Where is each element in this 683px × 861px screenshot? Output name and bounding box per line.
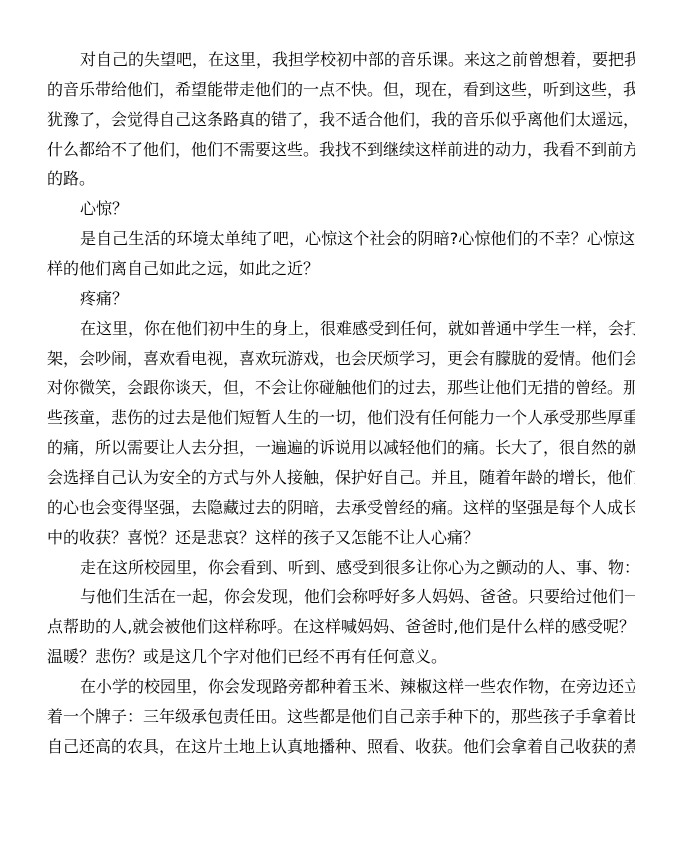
document-page: 对自己的失望吧，在这里，我担学校初中部的音乐课。来这之前曾想着，要把我 的音乐带… bbox=[0, 0, 683, 861]
text-line: 中的收获？喜悦？还是悲哀？这样的孩子又怎能不让人心痛？ bbox=[47, 523, 635, 553]
text-line: 对自己的失望吧，在这里，我担学校初中部的音乐课。来这之前曾想着，要把我 bbox=[47, 45, 635, 75]
text-line: 的路。 bbox=[47, 164, 635, 194]
paragraph-primary-school: 在小学的校园里，你会发现路旁都种着玉米、辣椒这样一些农作物，在旁边还立 着一个牌… bbox=[47, 672, 635, 762]
text-line: 的音乐带给他们，希望能带走他们的一点不快。但，现在，看到这些，听到这些，我 bbox=[47, 75, 635, 105]
text-line: 什么都给不了他们，他们不需要这些。我找不到继续这样前进的动力，我看不到前方 bbox=[47, 135, 635, 165]
paragraph-heading-shock: 心惊？ bbox=[47, 194, 635, 224]
text-line: 在小学的校园里，你会发现路旁都种着玉米、辣椒这样一些农作物，在旁边还立 bbox=[47, 672, 635, 702]
text-line: 自己还高的农具，在这片土地上认真地播种、照看、收获。他们会拿着自己收获的煮 bbox=[47, 732, 635, 762]
text-line: 的痛，所以需要让人去分担，一遍遍的诉说用以减轻他们的痛。长大了，很自然的就 bbox=[47, 433, 635, 463]
text-line: 会选择自己认为安全的方式与外人接触，保护好自己。并且，随着年龄的增长，他们 bbox=[47, 463, 635, 493]
paragraph-pain: 在这里，你在他们初中生的身上，很难感受到任何，就如普通中学生一样，会打 架，会吵… bbox=[47, 314, 635, 553]
text-line: 的心也会变得坚强，去隐藏过去的阴暗，去承受曾经的痛。这样的坚强是每个人成长 bbox=[47, 493, 635, 523]
text-line: 疼痛？ bbox=[47, 284, 635, 314]
body-text: 对自己的失望吧，在这里，我担学校初中部的音乐课。来这之前曾想着，要把我 的音乐带… bbox=[47, 45, 635, 762]
text-line: 架，会吵闹，喜欢看电视，喜欢玩游戏，也会厌烦学习，更会有朦胧的爱情。他们会 bbox=[47, 344, 635, 374]
text-line: 样的他们离自己如此之远，如此之近？ bbox=[47, 254, 635, 284]
text-line: 着一个牌子：三年级承包责任田。这些都是他们自己亲手种下的，那些孩子手拿着比 bbox=[47, 702, 635, 732]
paragraph-disappointment: 对自己的失望吧，在这里，我担学校初中部的音乐课。来这之前曾想着，要把我 的音乐带… bbox=[47, 45, 635, 194]
text-line: 走在这所校园里，你会看到、听到、感受到很多让你心为之颤动的人、事、物： bbox=[47, 553, 635, 583]
text-line: 对你微笑，会跟你谈天，但，不会让你碰触他们的过去，那些让他们无措的曾经。那 bbox=[47, 373, 635, 403]
text-line: 在这里，你在他们初中生的身上，很难感受到任何，就如普通中学生一样，会打 bbox=[47, 314, 635, 344]
text-line: 些孩童，悲伤的过去是他们短暂人生的一切，他们没有任何能力一个人承受那些厚重 bbox=[47, 403, 635, 433]
text-line: 温暖？悲伤？或是这几个字对他们已经不再有任何意义。 bbox=[47, 642, 635, 672]
text-line: 心惊？ bbox=[47, 194, 635, 224]
text-line: 犹豫了，会觉得自己这条路真的错了，我不适合他们，我的音乐似乎离他们太遥远， bbox=[47, 105, 635, 135]
paragraph-campus: 走在这所校园里，你会看到、听到、感受到很多让你心为之颤动的人、事、物： bbox=[47, 553, 635, 583]
text-line: 与他们生活在一起，你会发现，他们会称呼好多人妈妈、爸爸。只要给过他们一 bbox=[47, 582, 635, 612]
text-line: 是自己生活的环境太单纯了吧，心惊这个社会的阴暗?心惊他们的不幸？心惊这 bbox=[47, 224, 635, 254]
paragraph-parents: 与他们生活在一起，你会发现，他们会称呼好多人妈妈、爸爸。只要给过他们一 点帮助的… bbox=[47, 582, 635, 672]
paragraph-shock: 是自己生活的环境太单纯了吧，心惊这个社会的阴暗?心惊他们的不幸？心惊这 样的他们… bbox=[47, 224, 635, 284]
paragraph-heading-pain: 疼痛？ bbox=[47, 284, 635, 314]
text-line: 点帮助的人,就会被他们这样称呼。在这样喊妈妈、爸爸时,他们是什么样的感受呢？ bbox=[47, 612, 635, 642]
